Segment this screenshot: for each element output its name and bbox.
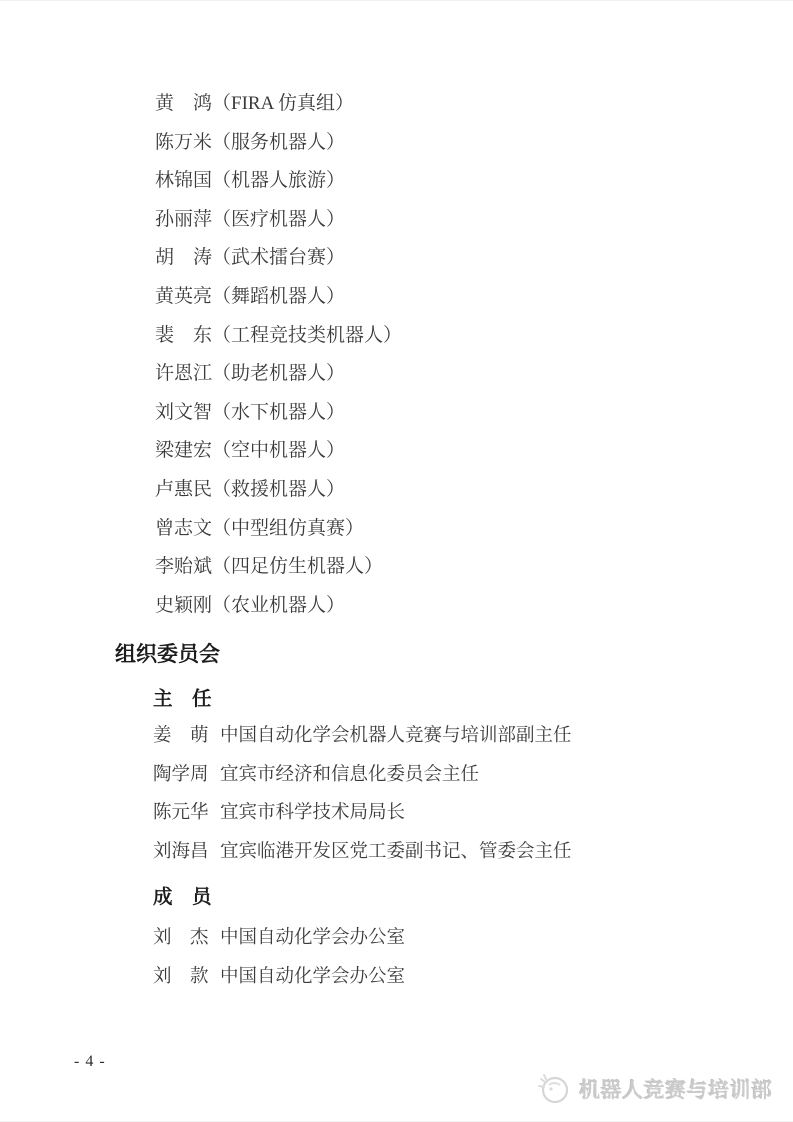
- section-heading-organizing-committee: 组织委员会: [115, 642, 220, 668]
- member-list: 刘 杰 中国自动化学会办公室 刘 款 中国自动化学会办公室: [153, 919, 405, 996]
- person-name: 刘海昌: [153, 833, 211, 872]
- expert-list-item: 曾志文（中型组仿真赛）: [155, 510, 402, 549]
- director-label: 主 任: [153, 687, 212, 711]
- person-title: 中国自动化学会办公室: [220, 919, 405, 958]
- expert-list-item: 胡 涛（武术擂台赛）: [155, 239, 402, 278]
- expert-list-item: 卢惠民（救援机器人）: [155, 471, 402, 510]
- committee-row: 陈元华 宜宾市科学技术局局长: [153, 794, 572, 833]
- expert-list-item: 李贻斌（四足仿生机器人）: [155, 548, 402, 587]
- person-name: 陶学周: [153, 756, 211, 795]
- committee-row: 姜 萌 中国自动化学会机器人竞赛与培训部副主任: [153, 717, 572, 756]
- watermark: 机器人竞赛与培训部: [535, 1069, 774, 1107]
- document-page: 黄 鸿（FIRA 仿真组） 陈万米（服务机器人） 林锦国（机器人旅游） 孙丽萍（…: [0, 0, 793, 1122]
- expert-list-item: 刘文智（水下机器人）: [155, 394, 402, 433]
- committee-row: 刘 款 中国自动化学会办公室: [153, 958, 405, 997]
- person-name: 陈元华: [153, 794, 211, 833]
- committee-row: 陶学周 宜宾市经济和信息化委员会主任: [153, 756, 572, 795]
- committee-row: 刘海昌 宜宾临港开发区党工委副书记、管委会主任: [153, 833, 572, 872]
- expert-list-item: 孙丽萍（医疗机器人）: [155, 201, 402, 240]
- person-name: 刘 杰: [153, 919, 211, 958]
- watermark-label: 机器人竞赛与培训部: [580, 1073, 774, 1103]
- expert-list-item: 陈万米（服务机器人）: [155, 124, 402, 163]
- member-label: 成 员: [153, 885, 212, 909]
- person-title: 中国自动化学会办公室: [220, 958, 405, 997]
- expert-list-item: 裴 东（工程竞技类机器人）: [155, 317, 402, 356]
- expert-list-item: 许恩江（助老机器人）: [155, 355, 402, 394]
- person-name: 刘 款: [153, 958, 211, 997]
- committee-row: 刘 杰 中国自动化学会办公室: [153, 919, 405, 958]
- expert-list-item: 黄 鸿（FIRA 仿真组）: [155, 85, 402, 124]
- expert-list-item: 林锦国（机器人旅游）: [155, 162, 402, 201]
- expert-list-item: 梁建宏（空中机器人）: [155, 432, 402, 471]
- expert-list-item: 史颖刚（农业机器人）: [155, 587, 402, 626]
- wechat-account-logo-icon: [535, 1069, 571, 1107]
- person-title: 中国自动化学会机器人竞赛与培训部副主任: [220, 717, 572, 756]
- person-title: 宜宾市经济和信息化委员会主任: [220, 756, 479, 795]
- person-title: 宜宾临港开发区党工委副书记、管委会主任: [220, 833, 572, 872]
- director-list: 姜 萌 中国自动化学会机器人竞赛与培训部副主任 陶学周 宜宾市经济和信息化委员会…: [153, 717, 572, 871]
- person-name: 姜 萌: [153, 717, 211, 756]
- expert-list: 黄 鸿（FIRA 仿真组） 陈万米（服务机器人） 林锦国（机器人旅游） 孙丽萍（…: [155, 85, 402, 625]
- expert-list-item: 黄英亮（舞蹈机器人）: [155, 278, 402, 317]
- page-number: - 4 -: [74, 1053, 106, 1071]
- person-title: 宜宾市科学技术局局长: [220, 794, 405, 833]
